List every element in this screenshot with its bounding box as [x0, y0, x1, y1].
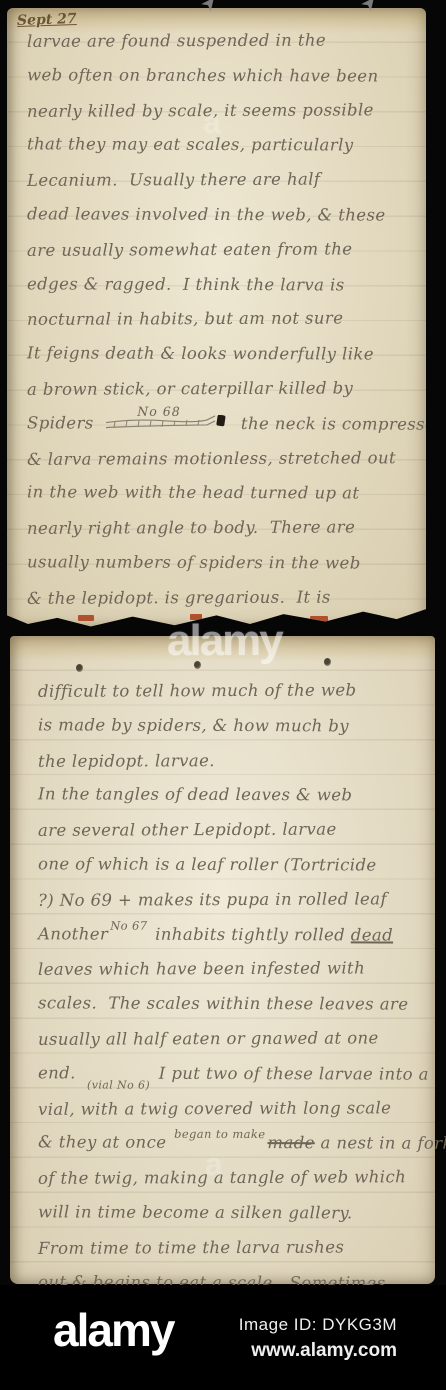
handwritten-line: leaves which have been infested with — [38, 952, 431, 989]
alamy-attribution-bar: alamy Image ID: DYKG3M www.alamy.com — [0, 1285, 446, 1390]
torn-binding-speck — [78, 615, 94, 621]
sketch-number-label: No 68 — [137, 394, 180, 429]
stock-photo-of-notebook: Sept 27 larvae are found suspended in th… — [0, 0, 446, 1390]
handwritten-line: nearly right angle to body. There are — [27, 510, 420, 547]
handwritten-line: of the twig, making a tangle of web whic… — [38, 1160, 431, 1197]
handwritten-line: It feigns death & looks wonderfully like — [27, 336, 420, 372]
handwritten-line: that they may eat scales, particularly — [27, 128, 420, 164]
handwritten-line: edges & ragged. I think the larva is — [27, 267, 420, 303]
handwritten-line: difficult to tell how much of the web — [38, 673, 431, 710]
pin-hole — [324, 658, 331, 666]
alamy-watermark-text: alamy — [167, 616, 282, 666]
photo-credit: Image ID: DYKG3M www.alamy.com — [239, 1315, 397, 1362]
handwritten-line: ?) No 69 + makes its pupa in rolled leaf — [38, 882, 431, 919]
handwritten-line: From time to time the larva rushes — [38, 1230, 431, 1267]
handwritten-line: nearly killed by scale, it seems possibl… — [27, 93, 420, 130]
handwritten-line: one of which is a leaf roller (Tortricid… — [38, 847, 431, 883]
handwritten-line: usually numbers of spiders in the web — [27, 545, 420, 581]
handwritten-line: In the tangles of dead leaves & web — [38, 778, 431, 814]
alamy-logo: alamy — [53, 1303, 173, 1357]
handwritten-line: larvae are found suspended in the — [27, 23, 420, 60]
image-id: Image ID: DYKG3M — [239, 1315, 397, 1335]
notebook-page-top: Sept 27 larvae are found suspended in th… — [7, 8, 426, 629]
handwritten-line: dead leaves involved in the web, & these — [27, 197, 420, 233]
alamy-url: www.alamy.com — [239, 1340, 397, 1362]
handwritten-line: scales. The scales within these leaves a… — [38, 986, 431, 1022]
handwritten-line: is made by spiders, & how much by — [38, 708, 431, 744]
handwritten-line: will in time become a silken gallery. — [38, 1195, 431, 1231]
alamy-watermark-letter: a — [205, 1146, 223, 1183]
handwritten-text-page1: larvae are found suspended in theweb oft… — [27, 24, 420, 616]
notebook-page-bottom: difficult to tell how much of the webis … — [10, 636, 435, 1284]
inserted-text: began to make — [174, 1129, 265, 1139]
torn-binding-speck — [310, 616, 328, 622]
handwritten-line: usually all half eaten or gnawed at one — [38, 1021, 431, 1058]
handwritten-line: are several other Lepidopt. larvae — [38, 812, 431, 849]
pin-hole — [76, 664, 83, 672]
handwritten-line: in the web with the head turned up at — [27, 476, 420, 512]
handwritten-line: end. (vial No 6) I put two of these larv… — [38, 1056, 431, 1092]
handwritten-line: vial, with a twig covered with long scal… — [38, 1091, 431, 1128]
handwritten-line: web often on branches which have been — [27, 58, 420, 94]
handwritten-line: & the lepidopt. is gregarious. It is — [27, 580, 420, 617]
handwritten-line: & they at once began to makemade a nest … — [38, 1126, 431, 1162]
handwritten-line: the lepidopt. larvae. — [38, 743, 431, 780]
handwritten-line: are usually somewhat eaten from the — [27, 232, 420, 269]
larva-sketch: No 68 — [103, 410, 231, 432]
handwritten-line: AnotherNo 67 inhabits tightly rolled dea… — [38, 917, 431, 953]
inserted-text: No 67 — [110, 920, 147, 930]
handwritten-line: Spiders No 68 the neck is compressed — [27, 406, 420, 442]
handwritten-line: a brown stick, or caterpillar killed by — [27, 371, 420, 408]
handwritten-line: Lecanium. Usually there are half — [27, 162, 420, 199]
alamy-watermark-letter: a — [203, 104, 221, 141]
handwritten-text-page2: difficult to tell how much of the webis … — [38, 674, 431, 1300]
handwritten-line: & larva remains motionless, stretched ou… — [27, 441, 420, 478]
handwritten-line: nocturnal in habits, but am not sure — [27, 302, 420, 339]
